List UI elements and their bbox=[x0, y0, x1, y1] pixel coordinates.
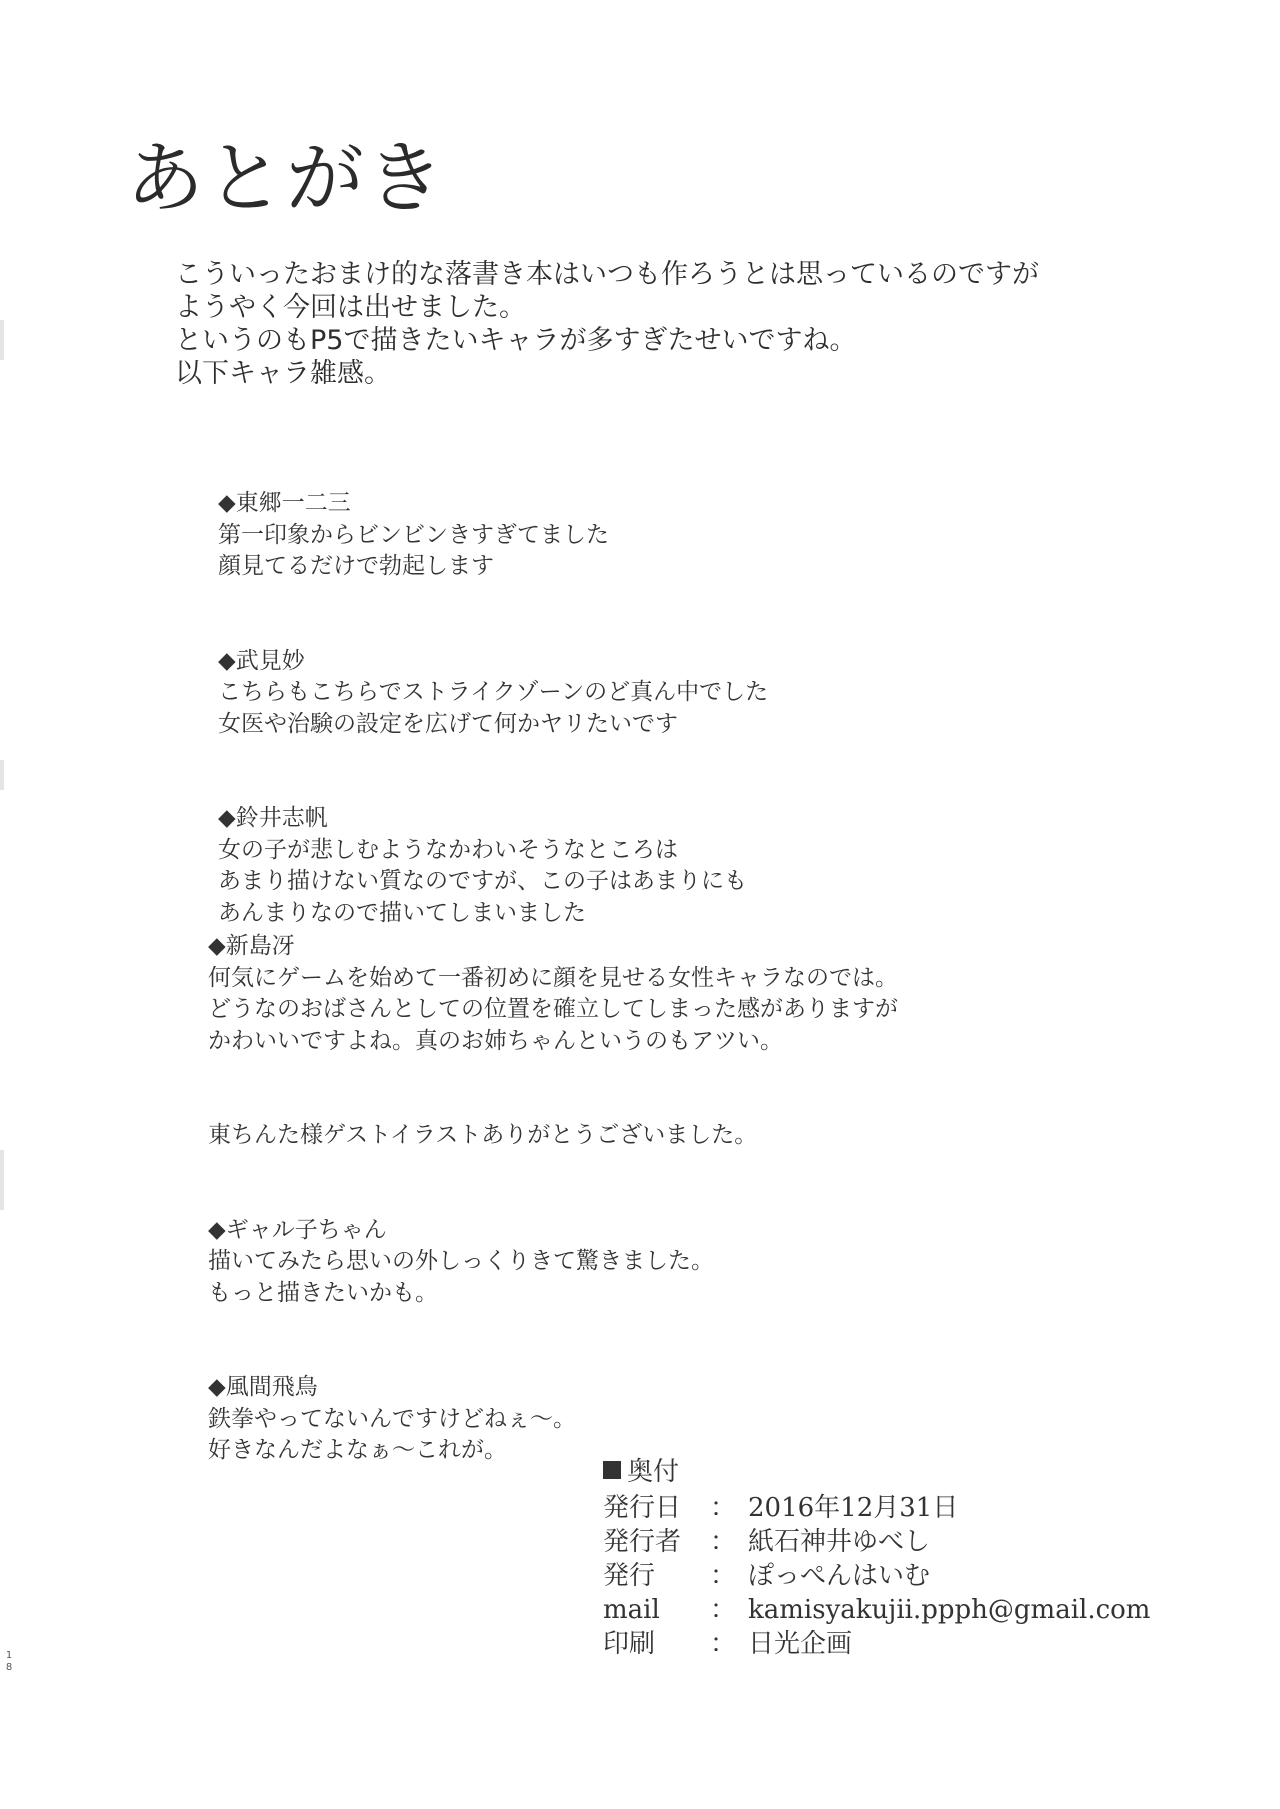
note-line: こちらもこちらでストライクゾーンのど真ん中でした bbox=[218, 677, 1180, 709]
note-line: 第一印象からビンビンきすぎてました bbox=[218, 520, 1180, 552]
row-value: ぽっぺんはいむ bbox=[748, 1559, 930, 1593]
document-page: あとがき こういったおまけ的な落書き本はいつも作ろうとは思っているのですが よう… bbox=[0, 0, 1280, 1809]
character-name: ◆鈴井志帆 bbox=[218, 803, 1180, 835]
row-label: mail bbox=[603, 1593, 698, 1627]
intro-line: というのもP5で描きたいキャラが多すぎたせいですね。 bbox=[175, 324, 1039, 357]
email-value: kamisyakujii.ppph@gmail.com bbox=[748, 1593, 1150, 1627]
row-value: 2016年12月31日 bbox=[748, 1491, 958, 1525]
colophon-row-issue-date: 発行日 ： 2016年12月31日 bbox=[603, 1491, 1150, 1525]
intro-line: 以下キャラ雑感。 bbox=[175, 357, 1039, 390]
colophon: 奥付 発行日 ： 2016年12月31日 発行者 ： 紙石神井ゆべし 発行 ： … bbox=[603, 1455, 1150, 1661]
colophon-row-publisher-person: 発行者 ： 紙石神井ゆべし bbox=[603, 1525, 1150, 1559]
note-line: かわいいですよね。真のお姉ちゃんというのもアツい。 bbox=[208, 1026, 1180, 1058]
note-line: どうなのおばさんとしての位置を確立してしまった感がありますが bbox=[208, 994, 1180, 1026]
row-value: 日光企画 bbox=[748, 1627, 852, 1661]
square-bullet-icon bbox=[603, 1461, 621, 1479]
note-line: 何気にゲームを始めて一番初めに顔を見せる女性キャラなのでは。 bbox=[208, 963, 1180, 995]
page-title: あとがき bbox=[126, 140, 446, 218]
row-separator: ： bbox=[698, 1491, 748, 1525]
character-name: ◆武見妙 bbox=[218, 646, 1180, 678]
character-name: ◆新島冴 bbox=[208, 931, 1180, 963]
row-separator: ： bbox=[698, 1525, 748, 1559]
spacer bbox=[218, 1057, 1180, 1120]
spacer bbox=[218, 1309, 1180, 1372]
intro-paragraph: こういったおまけ的な落書き本はいつも作ろうとは思っているのですが ようやく今回は… bbox=[175, 258, 1039, 390]
spacer bbox=[218, 1152, 1180, 1215]
row-label: 発行日 bbox=[603, 1491, 698, 1525]
character-notes: ◆東郷一二三 第一印象からビンビンきすぎてました 顔見てるだけで勃起します ◆武… bbox=[218, 488, 1180, 1467]
intro-line: ようやく今回は出せました。 bbox=[175, 291, 1039, 324]
row-label: 発行者 bbox=[603, 1525, 698, 1559]
character-name: ◆ギャル子ちゃん bbox=[208, 1215, 1180, 1247]
page-number: 18 bbox=[5, 1650, 13, 1674]
note-line: あんまりなので描いてしまいました bbox=[218, 898, 1180, 930]
spacer bbox=[218, 583, 1180, 646]
scan-edge-mark bbox=[0, 760, 4, 790]
note-line: 描いてみたら思いの外しっくりきて驚きました。 bbox=[208, 1246, 1180, 1278]
colophon-heading: 奥付 bbox=[603, 1455, 1150, 1489]
character-name: ◆東郷一二三 bbox=[218, 488, 1180, 520]
note-line: 女の子が悲しむようなかわいそうなところは bbox=[218, 835, 1180, 867]
note-line: あまり描けない質なのですが、この子はあまりにも bbox=[218, 866, 1180, 898]
row-separator: ： bbox=[698, 1593, 748, 1627]
character-note-takemi: ◆武見妙 こちらもこちらでストライクゾーンのど真ん中でした 女医や治験の設定を広… bbox=[218, 646, 1180, 741]
note-line: 鉄拳やってないんですけどねぇ～。 bbox=[208, 1404, 1180, 1436]
character-note-gyaruko: ◆ギャル子ちゃん 描いてみたら思いの外しっくりきて驚きました。 もっと描きたいか… bbox=[208, 1215, 1180, 1310]
colophon-row-printer: 印刷 ： 日光企画 bbox=[603, 1627, 1150, 1661]
row-label: 印刷 bbox=[603, 1627, 698, 1661]
spacer bbox=[218, 740, 1180, 803]
row-label: 発行 bbox=[603, 1559, 698, 1593]
row-separator: ： bbox=[698, 1559, 748, 1593]
row-value: 紙石神井ゆべし bbox=[748, 1525, 930, 1559]
guest-thanks: 東ちんた様ゲストイラストありがとうございました。 bbox=[208, 1120, 1180, 1152]
character-note-niijima: ◆新島冴 何気にゲームを始めて一番初めに顔を見せる女性キャラなのでは。 どうなの… bbox=[208, 931, 1180, 1057]
note-line: 東ちんた様ゲストイラストありがとうございました。 bbox=[208, 1120, 1180, 1152]
colophon-row-mail: mail ： kamisyakujii.ppph@gmail.com bbox=[603, 1593, 1150, 1627]
intro-line: こういったおまけ的な落書き本はいつも作ろうとは思っているのですが bbox=[175, 258, 1039, 291]
note-line: もっと描きたいかも。 bbox=[208, 1278, 1180, 1310]
character-note-suzui: ◆鈴井志帆 女の子が悲しむようなかわいそうなところは あまり描けない質なのですが… bbox=[218, 803, 1180, 929]
character-note-toudou: ◆東郷一二三 第一印象からビンビンきすぎてました 顔見てるだけで勃起します bbox=[218, 488, 1180, 583]
character-name: ◆風間飛鳥 bbox=[208, 1372, 1180, 1404]
row-separator: ： bbox=[698, 1627, 748, 1661]
note-line: 顔見てるだけで勃起します bbox=[218, 551, 1180, 583]
colophon-row-publisher: 発行 ： ぽっぺんはいむ bbox=[603, 1559, 1150, 1593]
note-line: 女医や治験の設定を広げて何かヤリたいです bbox=[218, 709, 1180, 741]
scan-edge-mark bbox=[0, 1150, 4, 1210]
character-note-kazama: ◆風間飛鳥 鉄拳やってないんですけどねぇ～。 好きなんだよなぁ～これが。 bbox=[208, 1372, 1180, 1467]
scan-edge-mark bbox=[0, 320, 4, 360]
